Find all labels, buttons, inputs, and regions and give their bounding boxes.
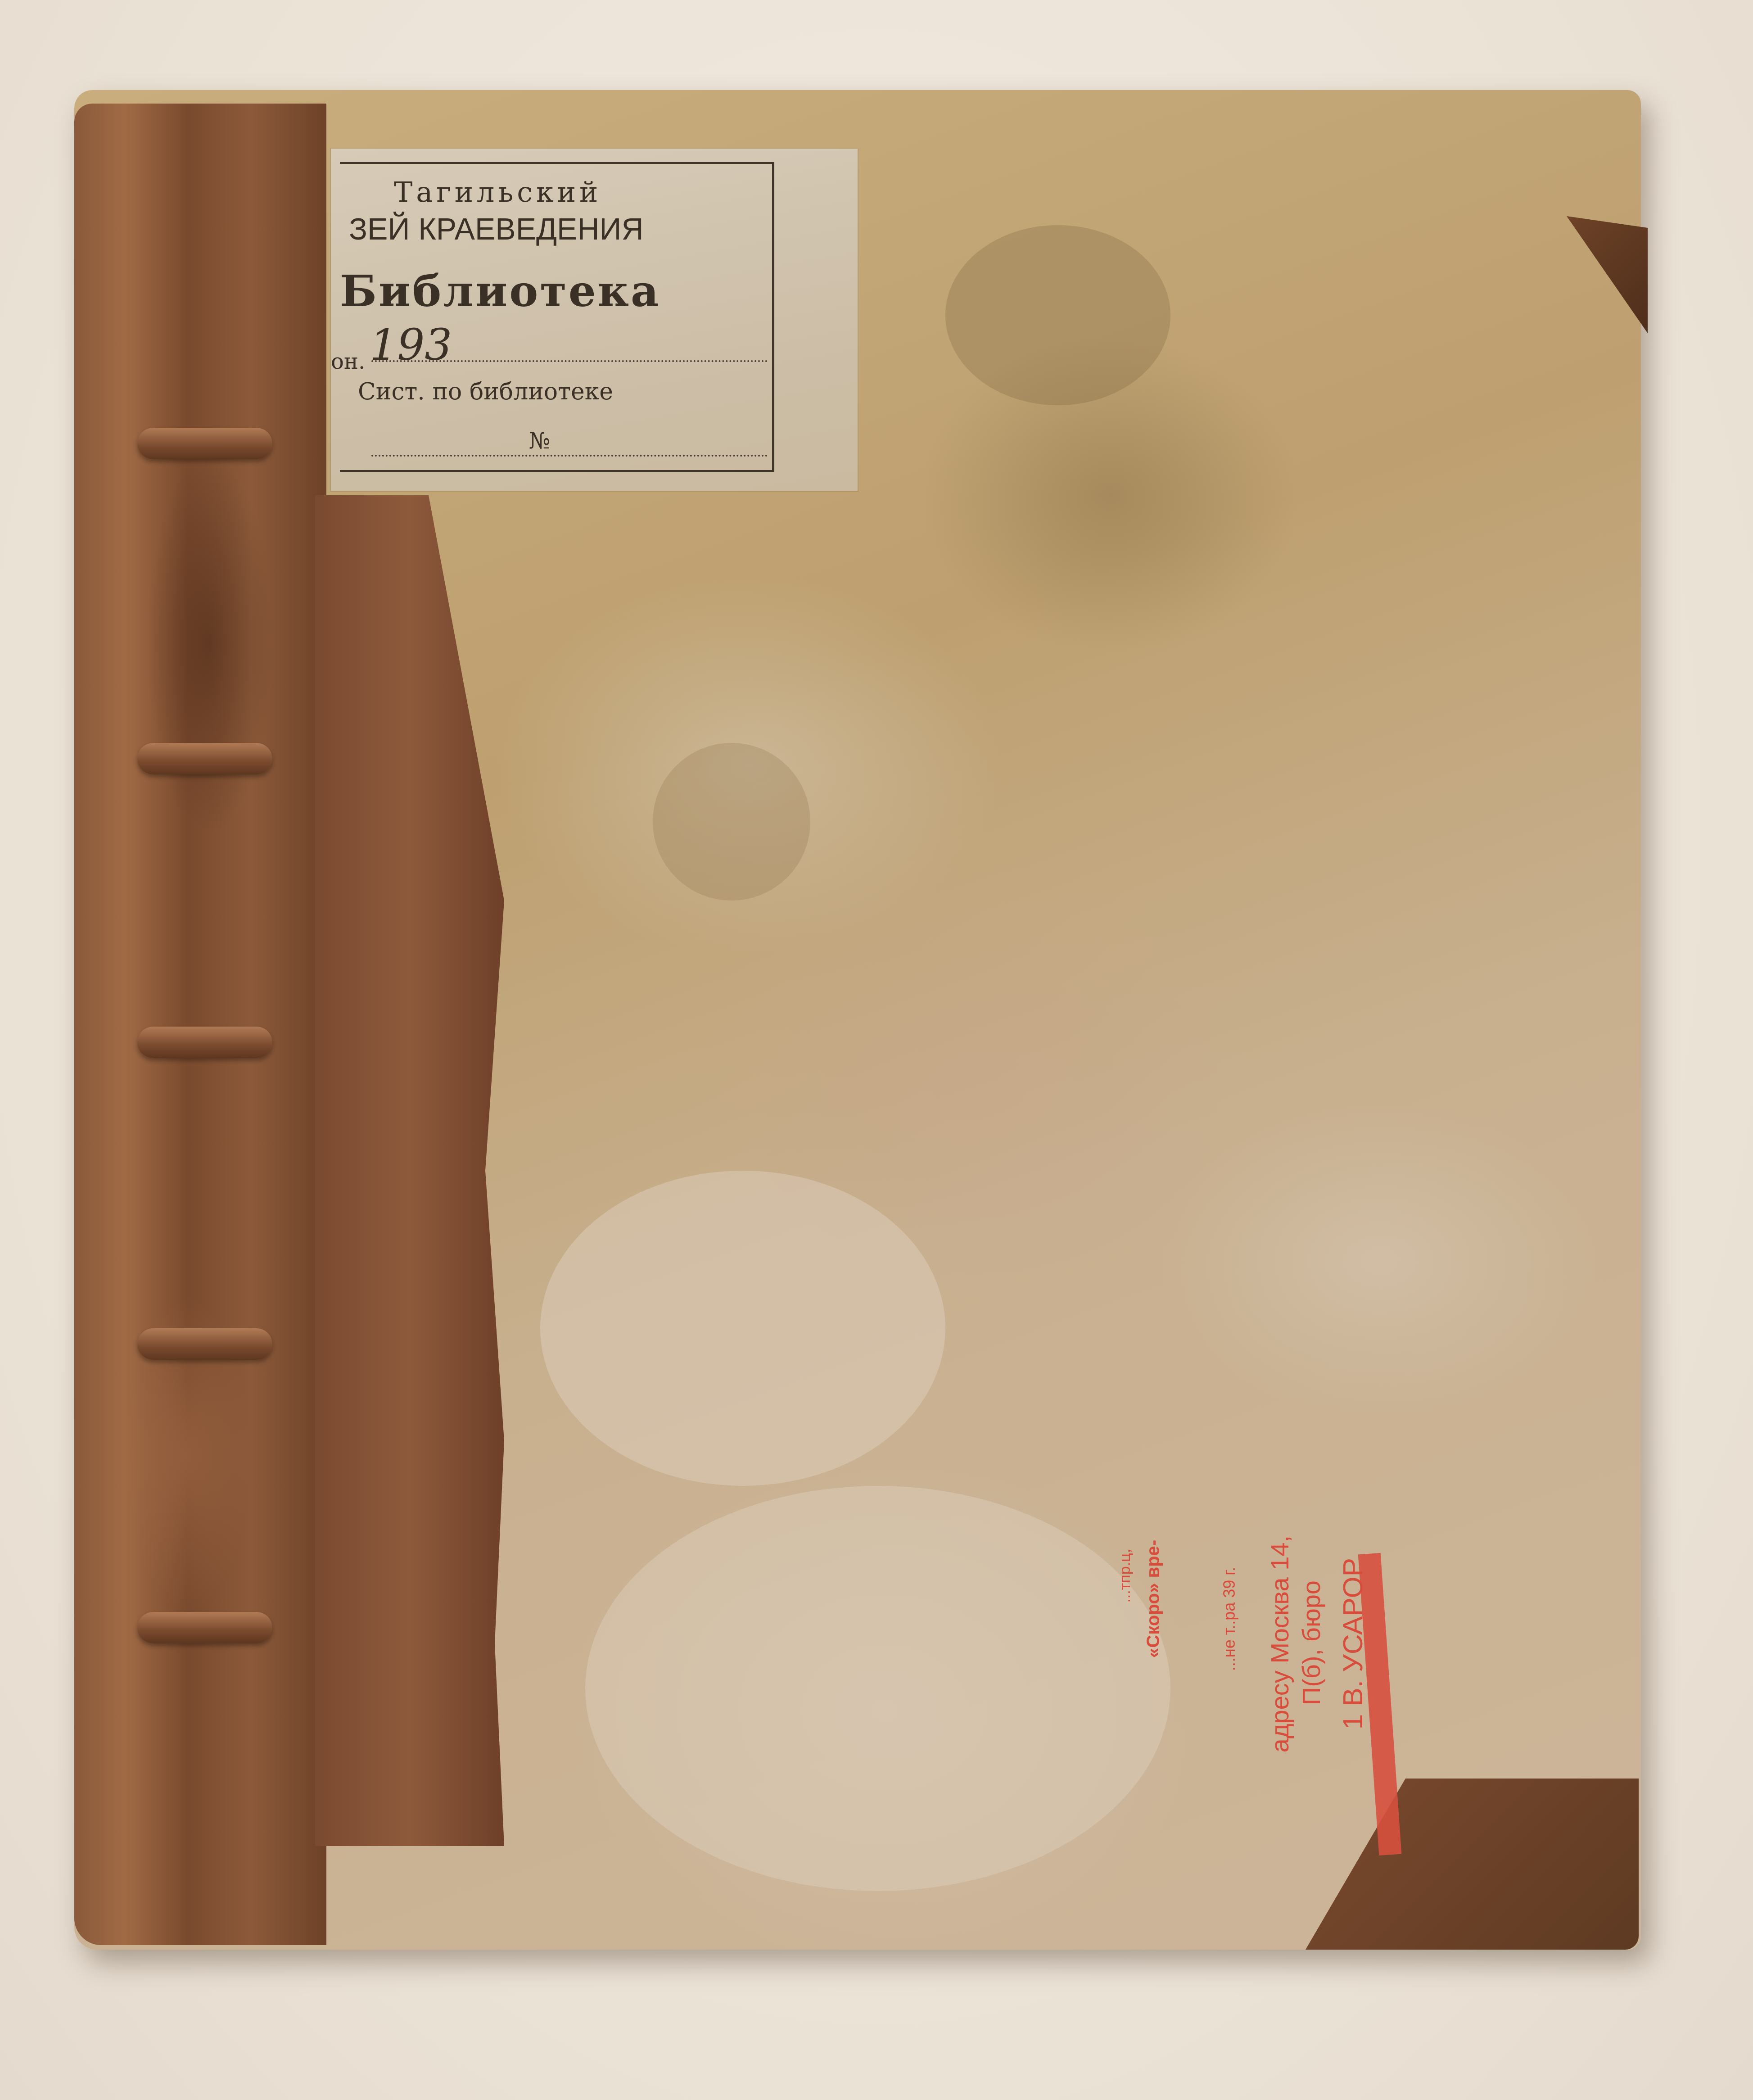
stamp-line: адресу Москва 14,	[1265, 1535, 1294, 1752]
stamp-line: П(б), бюро	[1297, 1580, 1326, 1705]
stamp-line: 1 В. УСАРОР	[1337, 1558, 1369, 1729]
spine-band	[137, 743, 272, 774]
book-spine	[74, 104, 326, 1945]
label-line-city: Тагильский	[394, 176, 601, 208]
label-inventory: он.193	[331, 329, 447, 379]
spine-band	[137, 428, 272, 459]
stamp-line: «Скоро» вре-	[1143, 1540, 1164, 1658]
stamp-line: ...не т..ра 39 г.	[1220, 1567, 1239, 1671]
spine-band	[137, 1612, 272, 1643]
label-number-sign: №	[529, 428, 550, 454]
label-frame	[340, 162, 774, 472]
stamp-line: ...тпр.ц,	[1116, 1549, 1134, 1603]
dotted-line	[371, 360, 768, 362]
stain	[653, 743, 810, 901]
spine-band	[137, 1328, 272, 1360]
inventory-prefix: он.	[331, 349, 365, 374]
library-label: Тагильский ЗЕЙ КРАЕВЕДЕНИЯ Библиотека он…	[331, 149, 858, 491]
dotted-line	[371, 455, 768, 457]
label-line-system: Сист. по библиотеке	[358, 378, 613, 405]
label-line-library: Библиотека	[340, 266, 660, 317]
stain	[945, 225, 1170, 405]
inventory-number-handwritten: 193	[370, 320, 452, 370]
label-line-museum: ЗЕЙ КРАЕВЕДЕНИЯ	[349, 212, 644, 247]
worn-paper	[540, 1171, 945, 1486]
spine-band	[137, 1027, 272, 1058]
red-ink-stamp: ...тпр.ц, «Скоро» вре- ...не т..ра 39 г.…	[1116, 1540, 1432, 1873]
worn-paper	[585, 1486, 1170, 1891]
